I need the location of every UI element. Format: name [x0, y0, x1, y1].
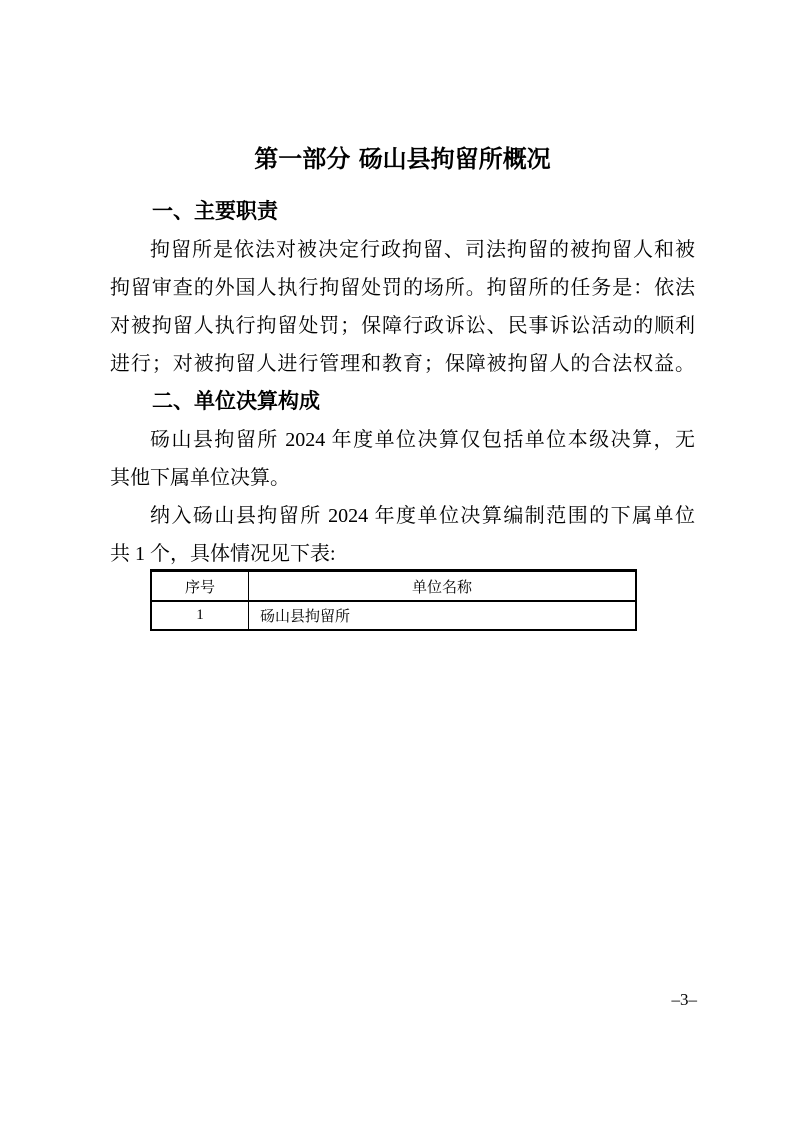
table-cell-unit-name: 砀山县拘留所: [249, 601, 637, 630]
table-header-unit-name: 单位名称: [249, 571, 637, 602]
subordinate-units-table: 序号 单位名称 1 砀山县拘留所: [150, 569, 637, 631]
section2-paragraph2-line: 共 1 个，具体情况见下表:: [110, 535, 695, 573]
section1-paragraph-line: 拘留所是依法对被决定行政拘留、司法拘留的被拘留人和被: [110, 231, 695, 269]
title-unit-name: 砀山县拘留所: [359, 147, 503, 173]
table-cell-seq: 1: [151, 601, 249, 630]
table-row: 1 砀山县拘留所: [151, 601, 636, 630]
section1-heading: 一、主要职责: [110, 193, 695, 231]
section2-paragraph1-line: 砀山县拘留所 2024 年度单位决算仅包括单位本级决算，无: [110, 421, 695, 459]
page-number: –3–: [672, 990, 698, 1010]
document-page: 第一部分砀山县拘留所概况 一、主要职责 拘留所是依法对被决定行政拘留、司法拘留的…: [0, 0, 793, 1122]
section2-paragraph1-line: 其他下属单位决算。: [110, 459, 695, 497]
section2-paragraph2-line: 纳入砀山县拘留所 2024 年度单位决算编制范围的下属单位: [110, 497, 695, 535]
title-overview-label: 概况: [503, 146, 551, 173]
table-header-seq: 序号: [151, 571, 249, 602]
table-header-row: 序号 单位名称: [151, 571, 636, 602]
section1-paragraph-line: 进行；对被拘留人进行管理和教育；保障被拘留人的合法权益。: [110, 345, 695, 383]
page-title: 第一部分砀山县拘留所概况: [110, 141, 695, 179]
section1-paragraph-line: 对被拘留人执行拘留处罚；保障行政诉讼、民事诉讼活动的顺利: [110, 307, 695, 345]
section2-heading: 二、单位决算构成: [110, 383, 695, 421]
title-part-label: 第一部分: [254, 146, 350, 173]
section1-paragraph-line: 拘留审查的外国人执行拘留处罚的场所。拘留所的任务是：依法: [110, 269, 695, 307]
